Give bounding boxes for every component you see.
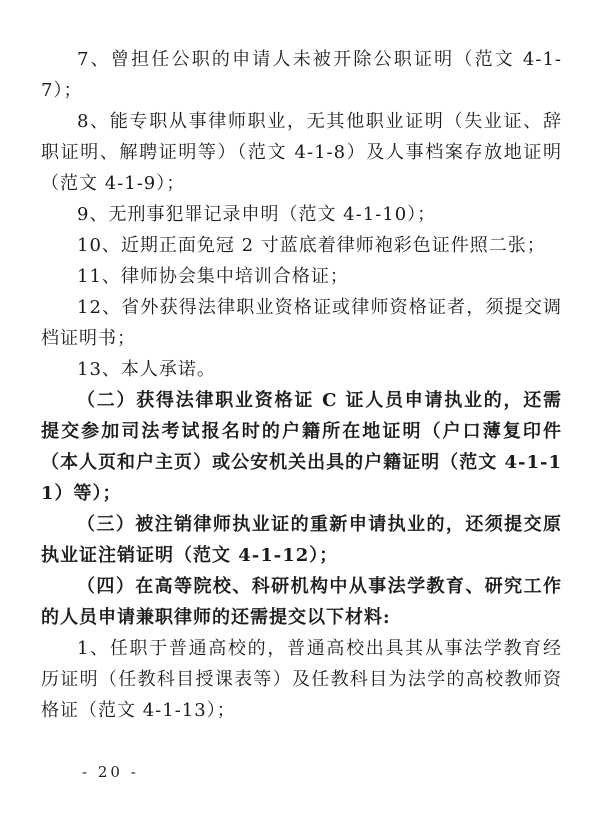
list-item-11: 11、律师协会集中培训合格证； (41, 261, 562, 292)
sub-list-item-1: 1、任职于普通高校的，普通高校出具其从事法学教育经历证明（任教科目授课表等）及任… (41, 633, 562, 726)
list-item-8: 8、能专职从事律师职业，无其他职业证明（失业证、辞职证明、解聘证明等）（范文 4… (41, 106, 562, 199)
document-page: 7、曾担任公职的申请人未被开除公职证明（范文 4-1-7）； 8、能专职从事律师… (0, 0, 610, 825)
section-heading-4: （四）在高等院校、科研机构中从事法学教育、研究工作的人员申请兼职律师的还需提交以… (41, 571, 562, 633)
list-item-7: 7、曾担任公职的申请人未被开除公职证明（范文 4-1-7）； (41, 44, 562, 106)
list-item-9: 9、无刑事犯罪记录申明（范文 4-1-10）； (41, 199, 562, 230)
document-body: 7、曾担任公职的申请人未被开除公职证明（范文 4-1-7）； 8、能专职从事律师… (41, 44, 562, 726)
list-item-10: 10、近期正面免冠 2 寸蓝底着律师袍彩色证件照二张； (41, 230, 562, 261)
list-item-12: 12、省外获得法律职业资格证或律师资格证者，须提交调档证明书； (41, 292, 562, 354)
page-number: - 20 - (82, 763, 139, 781)
section-heading-2: （二）获得法律职业资格证 C 证人员申请执业的，还需提交参加司法考试报名时的户籍… (41, 385, 562, 509)
list-item-13: 13、本人承诺。 (41, 354, 562, 385)
section-heading-3: （三）被注销律师执业证的重新申请执业的，还须提交原执业证注销证明（范文 4-1-… (41, 509, 562, 571)
